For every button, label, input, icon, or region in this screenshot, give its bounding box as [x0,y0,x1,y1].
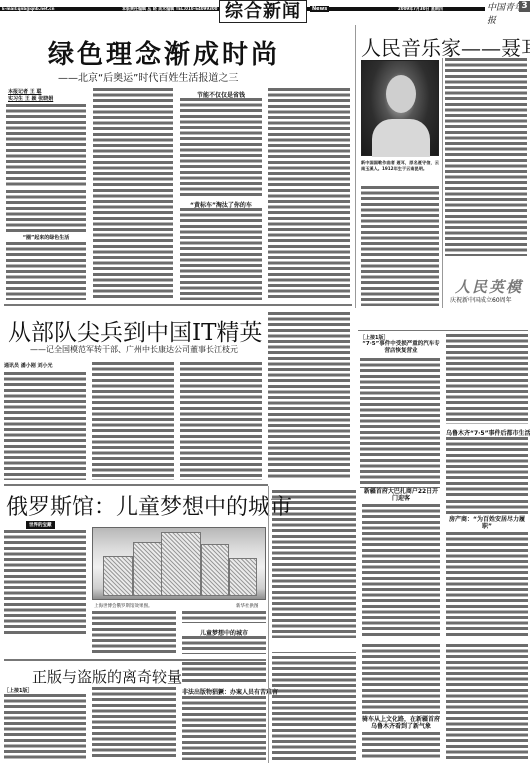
section-divider [4,304,352,306]
text-column [92,362,174,480]
byline-green-2: 实习生 王 颖 张晓娟 [8,95,53,102]
headline-green: 绿色理念渐成时尚 [48,34,280,71]
subhead-piracy: 非法出版物猖獗：办案人员有苦难言 [182,687,266,696]
section-divider [4,484,268,486]
text-column [180,98,262,198]
text-column [446,644,528,760]
text-column [272,656,356,760]
masthead-email: E-mail:qnb@qnb.net.cn [2,6,54,11]
column-logo: 人民英模 [455,276,523,297]
column-badge: 世界的宝藏 [26,521,55,529]
text-column [362,644,440,714]
subhead-brief-3: 骑车从上文化路，在新疆首府乌鲁木齐看到了新气象 [362,716,440,730]
page-number: 3 [519,1,530,12]
section-title: 综合新闻 [219,0,307,23]
text-column [4,372,86,480]
pavilion-tower [103,556,133,596]
headline-russia: 俄罗斯馆：儿童梦想中的城市 [6,490,292,521]
photo-caption-musician: 新中国国歌作曲者 聂耳，原名聂守信，云南玉溪人。1912年生于云南昆明。 [361,160,439,184]
pavilion-tower [161,532,201,596]
masthead-date: 2009年7月30日 星期四 [398,6,443,12]
portrait-face [386,75,416,113]
portrait-shirt [372,119,430,157]
column-divider [268,486,269,763]
text-column [446,532,528,638]
subheadline-green: ——北京“后奥运”时代百姓生活报道之三 [58,69,238,84]
text-column [92,611,176,655]
text-column [446,334,528,424]
section-en: News [310,6,329,12]
text-column [182,636,266,654]
text-column [182,611,266,623]
text-column [268,88,350,300]
text-column [362,504,440,638]
headline-it: 从部队尖兵到中国IT精英 [8,314,262,347]
pavilion-tower [201,544,229,596]
text-column [180,208,262,300]
pavilion-tower [229,558,257,596]
text-column [182,696,266,760]
headline-brief: “7·5”事件中受损严重的汽车专营店恢复营业 [360,341,442,355]
byline-it: 通讯员 潘小刚 刘小光 [4,362,52,369]
text-column [4,694,86,760]
text-column [6,104,86,188]
section-divider [272,652,356,653]
subhead-brief-2: 房产商：“为百姓安居尽力履职” [446,516,528,530]
subhead-green-3: “圈”起来的绿色生活 [6,234,86,241]
text-column [446,500,528,514]
column-subtitle: 庆祝新中国成立60周年 [450,295,512,304]
text-column [180,362,262,480]
pavilion-photo [92,527,266,600]
text-column [92,687,176,760]
text-column [446,437,528,497]
column-divider [442,58,443,308]
subhead-brief-1: 新疆首府大巴扎商户22日开门迎客 [362,488,440,502]
text-column [360,358,440,488]
text-column [445,58,527,256]
section-divider [358,330,528,331]
text-column [4,530,86,634]
text-column [6,190,86,232]
text-column [93,88,173,300]
subheadline-it: ——记全国模范军转干部、广州中长康达公司董事长江枝元 [30,344,238,355]
headline-piracy: 正版与盗版的离奇较量 [32,666,182,687]
brief-tag: ［上接1版］ [360,334,388,341]
section-divider [4,659,266,661]
photo-credit-russia: 新华社供图 [236,603,259,609]
subhead-brief-4: 乌鲁木齐“7·5”事件后都市生活渐入正常 [446,428,528,437]
piracy-tag: ［上接1版］ [4,687,32,694]
text-column [182,662,266,684]
text-column [362,732,440,760]
masthead-editor-info: 本版责任编辑 丛 晓 美术编辑 TEL:010-64099300 [122,6,217,12]
headline-musician: 人民音乐家——聂耳 [361,32,530,61]
byline-green-1: 本报记者 王 聪 [8,88,41,95]
text-column [268,312,350,480]
photo-caption-russia: 上海世博会俄罗斯馆效果图。 [94,603,153,609]
portrait-photo [361,60,439,156]
text-column [6,242,86,300]
text-column [361,186,439,306]
column-divider [355,25,356,308]
